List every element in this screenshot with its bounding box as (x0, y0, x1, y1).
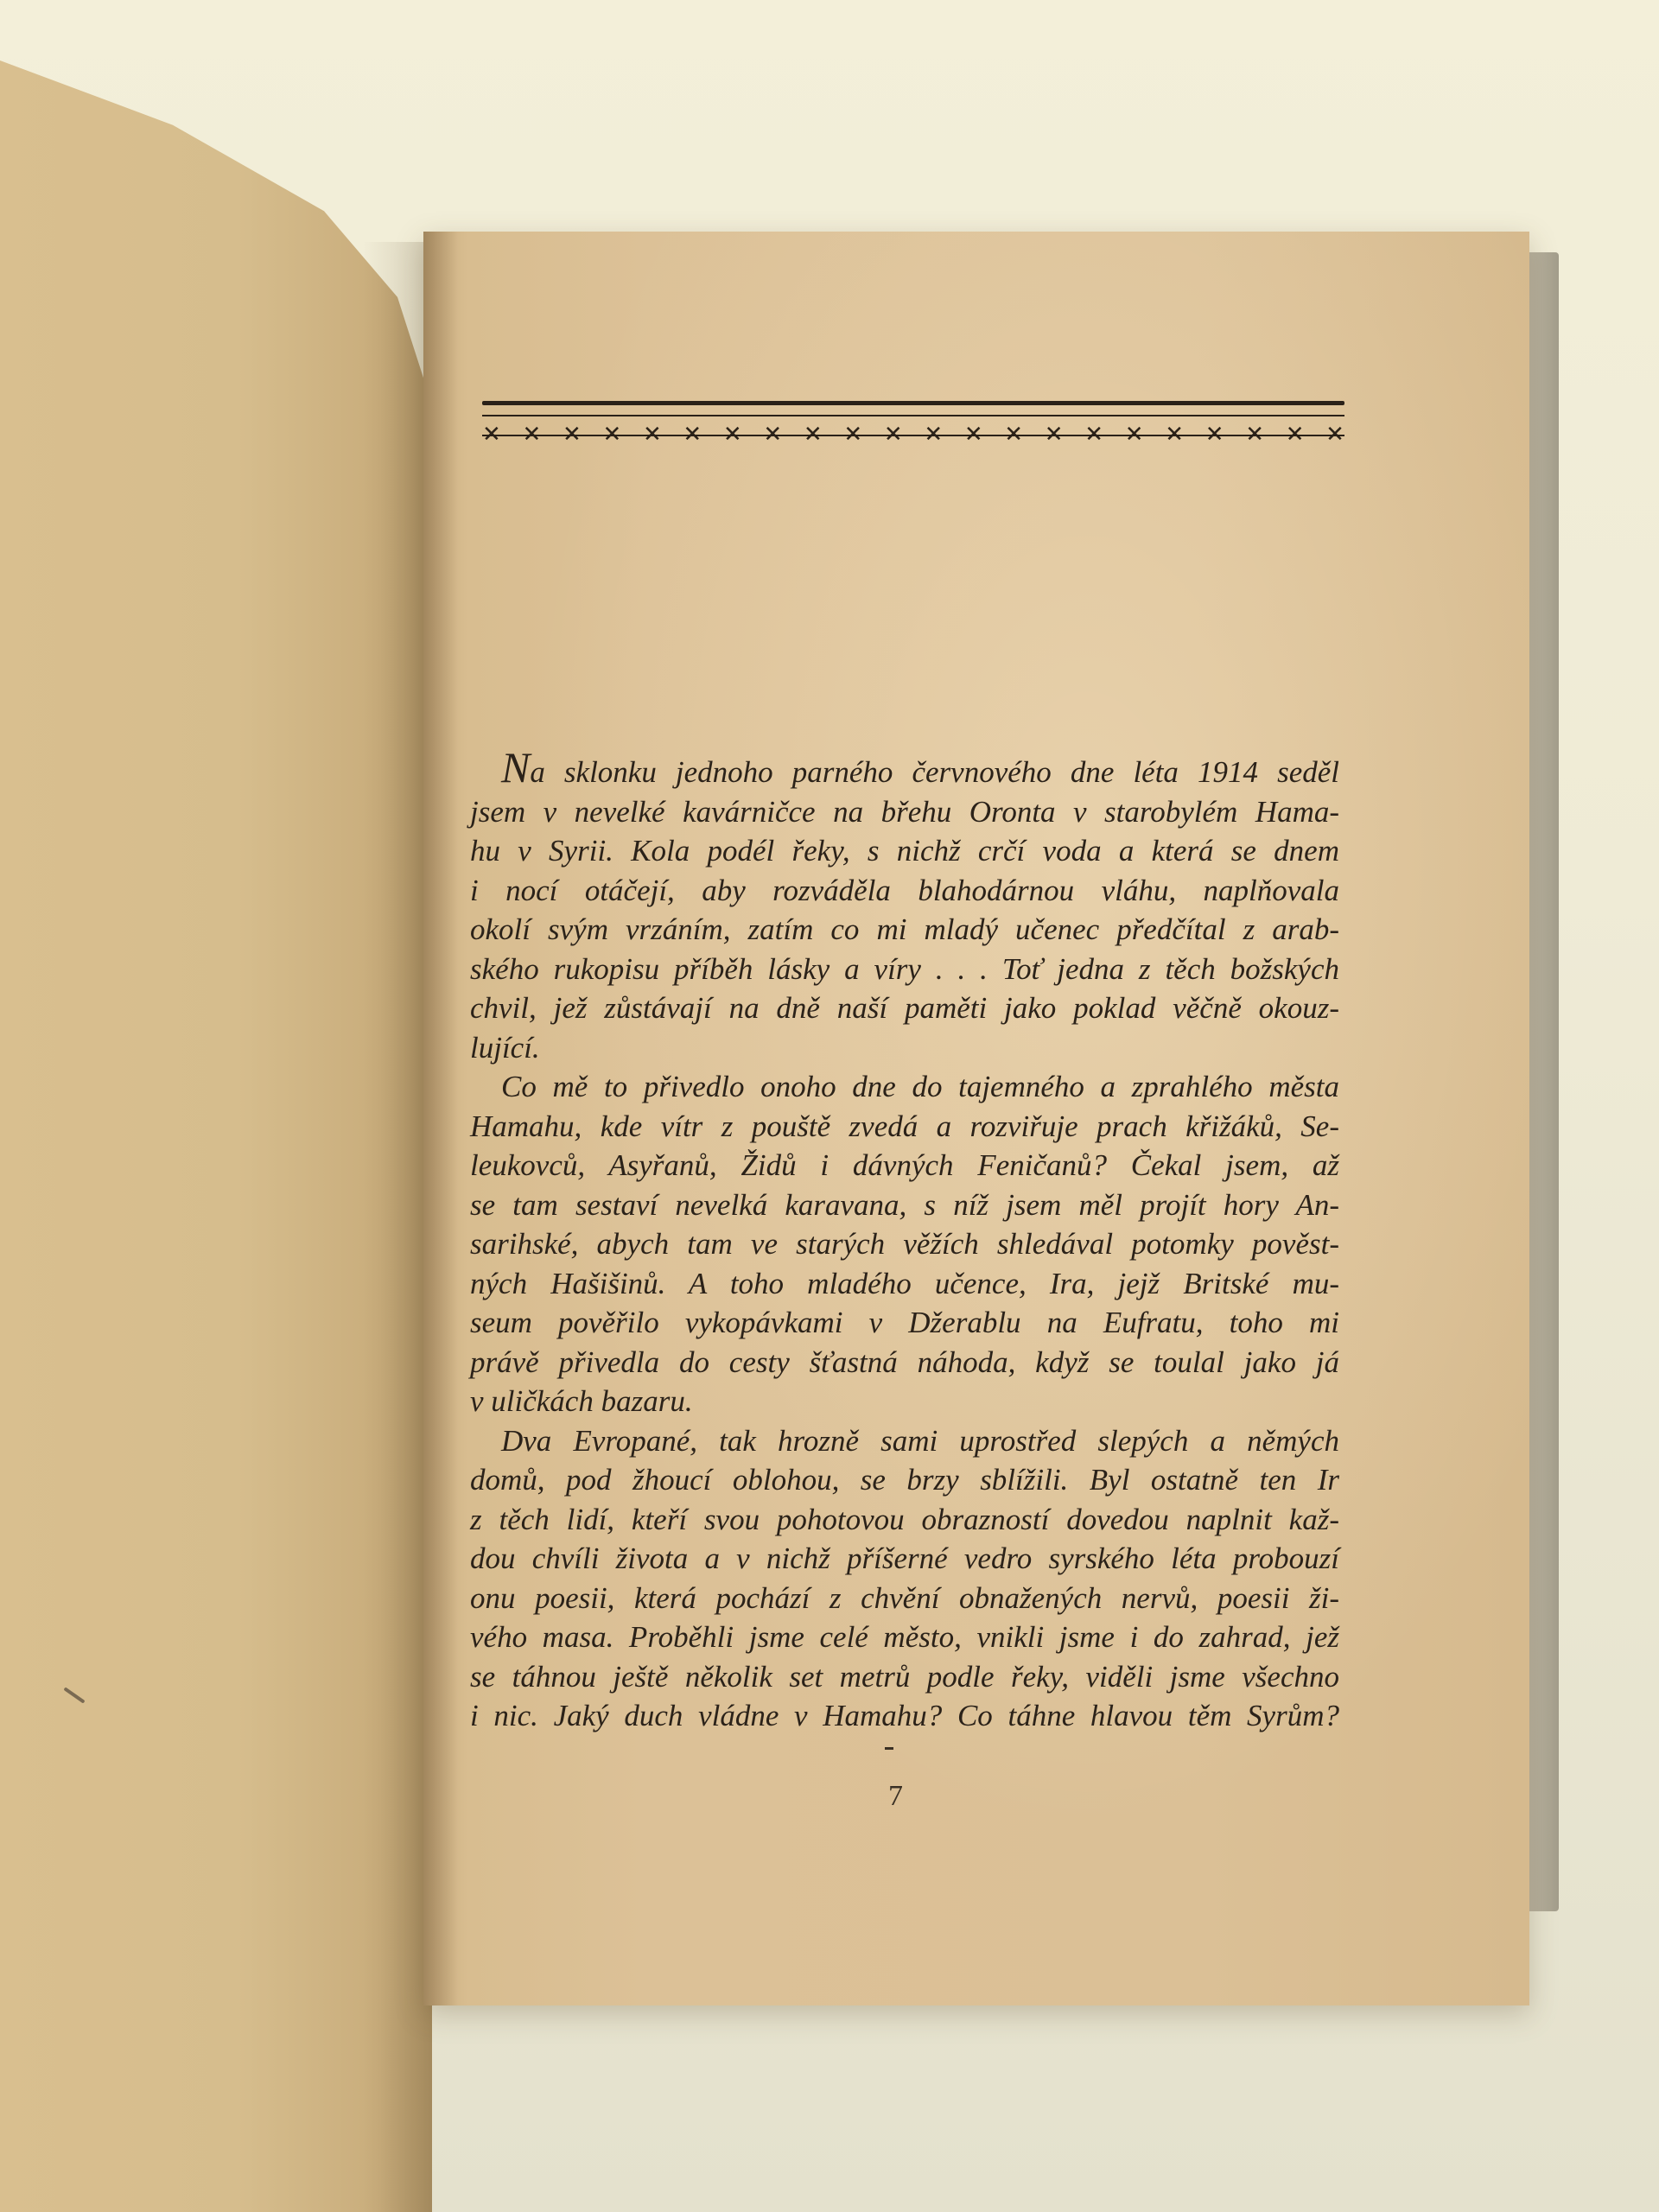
text-line: onu poesii, která pochází z chvění obnaž… (470, 1579, 1339, 1618)
cross-glyph-icon: ✕ (522, 422, 541, 448)
cross-glyph-icon: ✕ (1245, 422, 1264, 448)
ink-mark (885, 1747, 893, 1750)
cross-glyph-icon: ✕ (723, 422, 742, 448)
ornament-cross-pattern: ✕✕✕✕✕✕✕✕✕✕✕✕✕✕✕✕✕✕✕✕✕✕ (482, 422, 1344, 448)
text-line: hu v Syrii. Kola podél řeky, s nichž crč… (470, 831, 1339, 871)
cross-glyph-icon: ✕ (763, 422, 782, 448)
paragraph-1: Na sklonku jednoho parného červnového dn… (470, 750, 1339, 1067)
text-line: domů, pod žhoucí oblohou, se brzy sblíži… (470, 1460, 1339, 1500)
cross-glyph-icon: ✕ (1004, 422, 1023, 448)
cross-glyph-icon: ✕ (964, 422, 983, 448)
text-line: okolí svým vrzáním, zatím co mi mladý uč… (470, 910, 1339, 950)
cross-glyph-icon: ✕ (1165, 422, 1184, 448)
cross-glyph-icon: ✕ (804, 422, 823, 448)
ornament-thick-rule (482, 401, 1344, 405)
text-line: jsem v nevelké kavárničce na břehu Oront… (470, 792, 1339, 832)
text-line: chvil, jež zůstávají na dně naší paměti … (470, 988, 1339, 1028)
text-line: seum pověřilo vykopávkami v Džerablu na … (470, 1303, 1339, 1343)
cross-glyph-icon: ✕ (884, 422, 903, 448)
ornament-thin-rule (482, 415, 1344, 416)
text-line: i nic. Jaký duch vládne v Hamahu? Co táh… (470, 1696, 1339, 1736)
page-number: 7 (888, 1780, 903, 1813)
paragraph-2: Co mě to přivedlo onoho dne do tajemného… (470, 1067, 1339, 1421)
photo-scene: ✕✕✕✕✕✕✕✕✕✕✕✕✕✕✕✕✕✕✕✕✕✕ Na sklonku jednoh… (0, 0, 1659, 2212)
text-line: leukovců, Asyřanů, Židů i dávných Feniča… (470, 1146, 1339, 1185)
cross-glyph-icon: ✕ (1084, 422, 1103, 448)
text-line: lující. (470, 1028, 1339, 1068)
cross-glyph-icon: ✕ (643, 422, 662, 448)
text-line: ných Hašišinů. A toho mladého učence, Ir… (470, 1264, 1339, 1304)
text-line: právě přivedla do cesty šťastná náhoda, … (470, 1343, 1339, 1382)
body-text: Na sklonku jednoho parného červnového dn… (470, 750, 1339, 1736)
text-line: vého masa. Proběhli jsme celé město, vni… (470, 1618, 1339, 1657)
text-line: Na sklonku jednoho parného červnového dn… (470, 750, 1339, 792)
text-line: ského rukopisu příběh lásky a víry . . .… (470, 950, 1339, 989)
cross-glyph-icon: ✕ (563, 422, 582, 448)
text-line: i nocí otáčejí, aby rozváděla blahodárno… (470, 871, 1339, 911)
left-page-shadow (363, 242, 432, 2212)
text-line: sarihské, abych tam ve starých věžích sh… (470, 1224, 1339, 1264)
text-line: z těch lidí, kteří svou pohotovou obrazn… (470, 1500, 1339, 1540)
cross-glyph-icon: ✕ (1286, 422, 1305, 448)
header-ornament: ✕✕✕✕✕✕✕✕✕✕✕✕✕✕✕✕✕✕✕✕✕✕ (482, 401, 1344, 448)
cross-glyph-icon: ✕ (1045, 422, 1064, 448)
cross-glyph-icon: ✕ (602, 422, 621, 448)
cross-glyph-icon: ✕ (843, 422, 862, 448)
text-line: Hamahu, kde vítr z pouště zvedá a rozviř… (470, 1107, 1339, 1147)
cross-glyph-icon: ✕ (482, 422, 501, 448)
text-line: Co mě to přivedlo onoho dne do tajemného… (470, 1067, 1339, 1107)
cross-glyph-icon: ✕ (1205, 422, 1224, 448)
text-line: se táhnou ještě několik set metrů podle … (470, 1657, 1339, 1697)
cross-glyph-icon: ✕ (924, 422, 943, 448)
text-line: dou chvíli života a v nichž příšerné ved… (470, 1539, 1339, 1579)
cross-glyph-icon: ✕ (683, 422, 702, 448)
text-line: v uličkách bazaru. (470, 1382, 1339, 1421)
gutter-shadow (423, 232, 458, 2005)
initial-letter: N (501, 743, 530, 791)
text-line: Dva Evropané, tak hrozně sami uprostřed … (470, 1421, 1339, 1461)
cross-glyph-icon: ✕ (1325, 422, 1344, 448)
cross-glyph-icon: ✕ (1125, 422, 1144, 448)
paragraph-3: Dva Evropané, tak hrozně sami uprostřed … (470, 1421, 1339, 1736)
text-line: se tam sestaví nevelká karavana, s níž j… (470, 1185, 1339, 1225)
